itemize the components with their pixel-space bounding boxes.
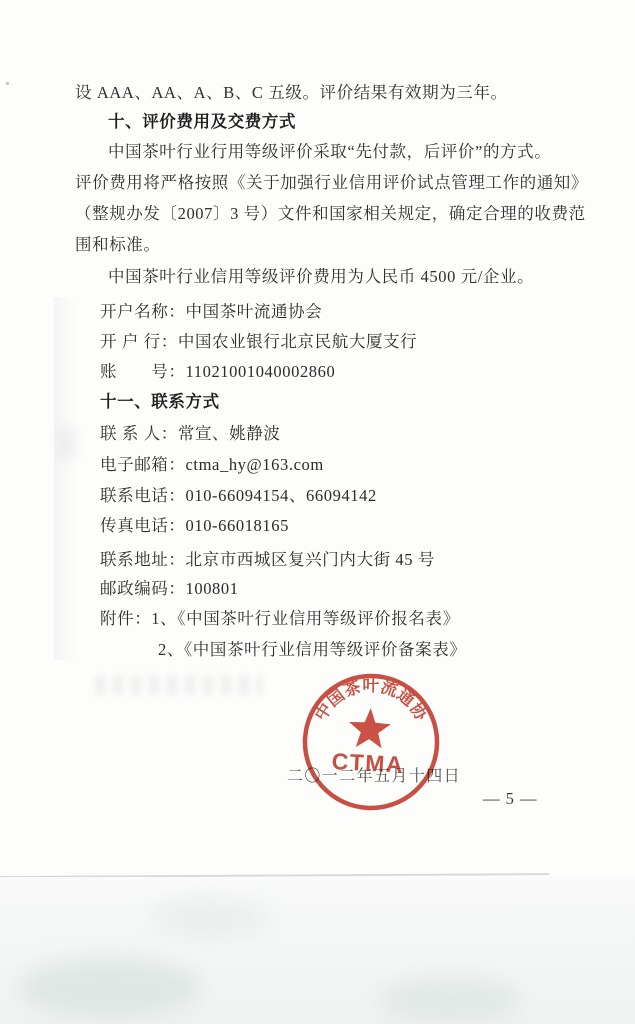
scanner-background-strip <box>0 877 635 1024</box>
section-11-heading: 十一、联系方式 <box>100 392 220 413</box>
scan-noise-blob <box>20 957 200 1017</box>
phone-label: 联系电话： <box>100 486 186 505</box>
para-payment-method: 中国茶叶行业行用等级评价采取“先付款，后评价”的方式。 <box>108 142 551 163</box>
fax-row: 传真电话：010-66018165 <box>100 516 289 537</box>
phone-value: 010-66094154、66094142 <box>186 486 377 505</box>
bank-name-value: 中国农业银行北京民航大厦支行 <box>178 332 417 351</box>
scan-speck <box>6 82 9 85</box>
address-label: 联系地址： <box>100 550 186 569</box>
scan-smudge-small <box>57 427 77 459</box>
star-icon <box>348 707 392 749</box>
contact-person-value: 常宣、姚静波 <box>178 424 281 443</box>
contact-person-label: 联 系 人： <box>100 424 178 443</box>
bank-account-name-row: 开户名称：中国茶叶流通协会 <box>100 302 322 323</box>
email-value: ctma_hy@163.com <box>186 455 324 474</box>
attachment-line-2: 2、《中国茶叶行业信用等级评价备案表》 <box>158 640 466 661</box>
section-10-heading: 十、评价费用及交费方式 <box>108 112 296 133</box>
intro-line: 设 AAA、AA、A、B、C 五级。评价结果有效期为三年。 <box>75 83 508 104</box>
scan-streak <box>54 298 78 660</box>
fax-label: 传真电话： <box>100 516 186 535</box>
scanned-document-page: 设 AAA、AA、A、B、C 五级。评价结果有效期为三年。 十、评价费用及交费方… <box>0 0 635 1024</box>
account-number-value: 11021001040002860 <box>186 362 336 381</box>
scan-smudge <box>95 675 263 695</box>
scan-noise-blob <box>150 897 270 937</box>
ctma-seal-stamp: 中国茶叶流通协会 CTMA <box>295 666 446 817</box>
fax-value: 010-66018165 <box>186 516 289 535</box>
account-name-label: 开户名称： <box>100 302 186 321</box>
account-name-value: 中国茶叶流通协会 <box>186 302 323 321</box>
address-value: 北京市西城区复兴门内大街 45 号 <box>186 550 435 569</box>
address-row: 联系地址：北京市西城区复兴门内大街 45 号 <box>100 550 435 571</box>
para-fee-basis-line3: 围和标准。 <box>75 235 161 256</box>
para-fee-basis-line2: （整规办发〔2007〕3 号）文件和国家相关规定，确定合理的收费范 <box>75 204 586 225</box>
para-fee-basis-line1: 评价费用将严格按照《关于加强行业信用评价试点管理工作的通知》 <box>75 173 588 194</box>
postcode-row: 邮政编码：100801 <box>100 579 239 600</box>
bank-branch-row: 开 户 行：中国农业银行北京民航大厦支行 <box>100 332 417 353</box>
postcode-value: 100801 <box>186 579 239 598</box>
seal-acronym-text: CTMA <box>331 748 405 778</box>
contact-person-row: 联 系 人：常宣、姚静波 <box>100 424 280 445</box>
para-fee-amount: 中国茶叶行业信用等级评价费用为人民币 4500 元/企业。 <box>108 267 534 288</box>
bank-account-number-row: 账 号：11021001040002860 <box>100 362 335 383</box>
bank-label: 开 户 行： <box>100 332 178 351</box>
page-number: — 5 — <box>483 789 538 809</box>
email-label: 电子邮箱： <box>100 455 186 474</box>
phone-row: 联系电话：010-66094154、66094142 <box>100 486 377 507</box>
attachment-line-1: 附件：1、《中国茶叶行业信用等级评价报名表》 <box>100 609 460 630</box>
email-row: 电子邮箱：ctma_hy@163.com <box>100 455 324 476</box>
account-number-label: 账 号： <box>100 362 186 381</box>
postcode-label: 邮政编码： <box>100 579 186 598</box>
scan-noise-blob <box>380 977 520 1022</box>
